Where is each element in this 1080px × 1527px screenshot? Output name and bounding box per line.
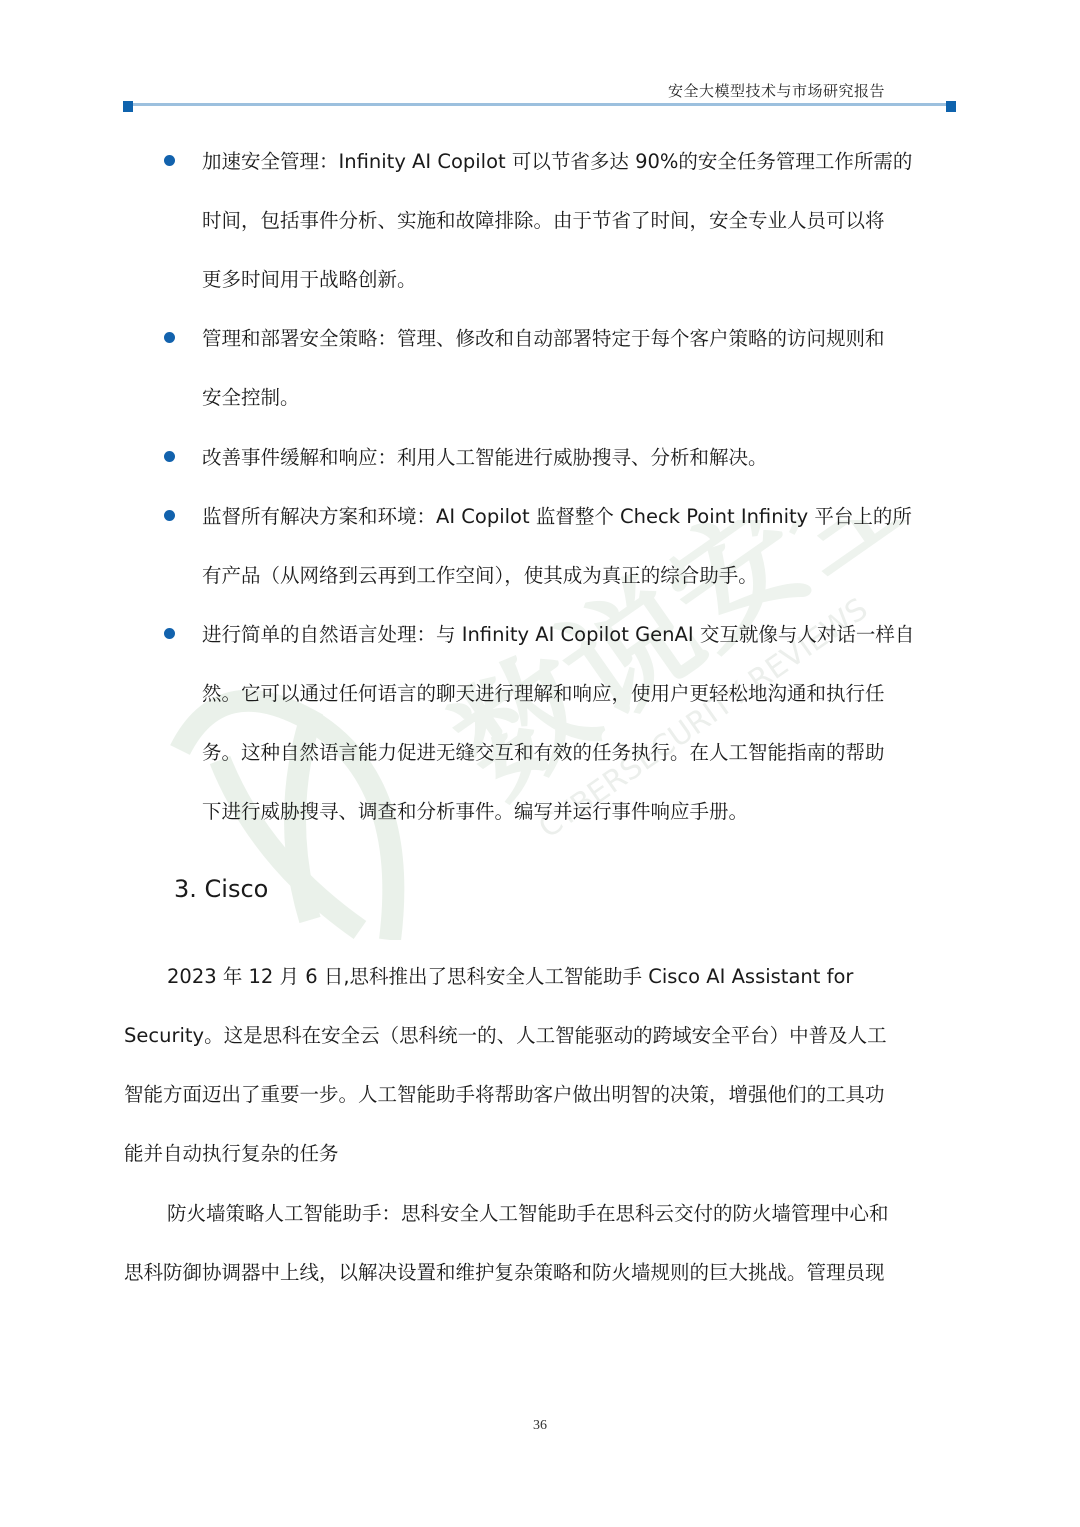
report-title: 安全大模型技术与市场研究报告 bbox=[668, 80, 885, 101]
bullet-dot-icon bbox=[164, 451, 175, 462]
bullet-text-line: 监督所有解决方案和环境：AI Copilot 监督整个 Check Point … bbox=[202, 487, 962, 546]
bullet-item: 改善事件缓解和响应：利用人工智能进行威胁搜寻、分析和解决。 bbox=[202, 428, 962, 487]
bullet-item: 加速安全管理：Infinity AI Copilot 可以节省多达 90%的安全… bbox=[202, 132, 962, 309]
bullet-dot-icon bbox=[164, 155, 175, 166]
bullet-text-line: 管理和部署安全策略：管理、修改和自动部署特定于每个客户策略的访问规则和 bbox=[202, 309, 962, 368]
paragraph-line: 2023 年 12 月 6 日,思科推出了思科安全人工智能助手 Cisco AI… bbox=[124, 947, 958, 1006]
bullet-text-line: 有产品（从网络到云再到工作空间），使其成为真正的综合助手。 bbox=[202, 546, 962, 605]
bullet-text-line: 时间，包括事件分析、实施和故障排除。由于节省了时间，安全专业人员可以将 bbox=[202, 191, 962, 250]
bullet-text-line: 然。它可以通过任何语言的聊天进行理解和响应，使用户更轻松地沟通和执行任 bbox=[202, 664, 962, 723]
bullet-text-line: 安全控制。 bbox=[202, 368, 962, 427]
paragraph-line: 防火墙策略人工智能助手：思科安全人工智能助手在思科云交付的防火墙管理中心和 bbox=[124, 1184, 958, 1243]
bullet-text-line: 进行简单的自然语言处理：与 Infinity AI Copilot GenAI … bbox=[202, 605, 962, 664]
bullet-item: 监督所有解决方案和环境：AI Copilot 监督整个 Check Point … bbox=[202, 487, 962, 605]
bullet-text-line: 加速安全管理：Infinity AI Copilot 可以节省多达 90%的安全… bbox=[202, 132, 962, 191]
bullet-text-line: 下进行威胁搜寻、调查和分析事件。编写并运行事件响应手册。 bbox=[202, 782, 962, 841]
paragraph-line: Security。这是思科在安全云（思科统一的、人工智能驱动的跨域安全平台）中普… bbox=[124, 1006, 958, 1065]
bullet-text-line: 改善事件缓解和响应：利用人工智能进行威胁搜寻、分析和解决。 bbox=[202, 428, 962, 487]
header-rule-cap-left bbox=[123, 101, 133, 112]
header-rule-cap-right bbox=[946, 101, 956, 112]
page-number: 36 bbox=[0, 1418, 1080, 1434]
body-paragraph: 防火墙策略人工智能助手：思科安全人工智能助手在思科云交付的防火墙管理中心和 思科… bbox=[124, 1184, 958, 1302]
bullet-dot-icon bbox=[164, 332, 175, 343]
section-heading: 3. Cisco bbox=[174, 875, 268, 903]
bullet-dot-icon bbox=[164, 510, 175, 521]
paragraph-line: 思科防御协调器中上线，以解决设置和维护复杂策略和防火墙规则的巨大挑战。管理员现 bbox=[124, 1243, 958, 1302]
bullet-item: 进行简单的自然语言处理：与 Infinity AI Copilot GenAI … bbox=[202, 605, 962, 841]
body-paragraph: 2023 年 12 月 6 日,思科推出了思科安全人工智能助手 Cisco AI… bbox=[124, 947, 958, 1183]
bullet-item: 管理和部署安全策略：管理、修改和自动部署特定于每个客户策略的访问规则和 安全控制… bbox=[202, 309, 962, 427]
header-divider bbox=[128, 103, 952, 106]
bullet-dot-icon bbox=[164, 628, 175, 639]
paragraph-line: 能并自动执行复杂的任务 bbox=[124, 1124, 958, 1183]
paragraph-line: 智能方面迈出了重要一步。人工智能助手将帮助客户做出明智的决策，增强他们的工具功 bbox=[124, 1065, 958, 1124]
bullet-text-line: 务。这种自然语言能力促进无缝交互和有效的任务执行。在人工智能指南的帮助 bbox=[202, 723, 962, 782]
bullet-text-line: 更多时间用于战略创新。 bbox=[202, 250, 962, 309]
